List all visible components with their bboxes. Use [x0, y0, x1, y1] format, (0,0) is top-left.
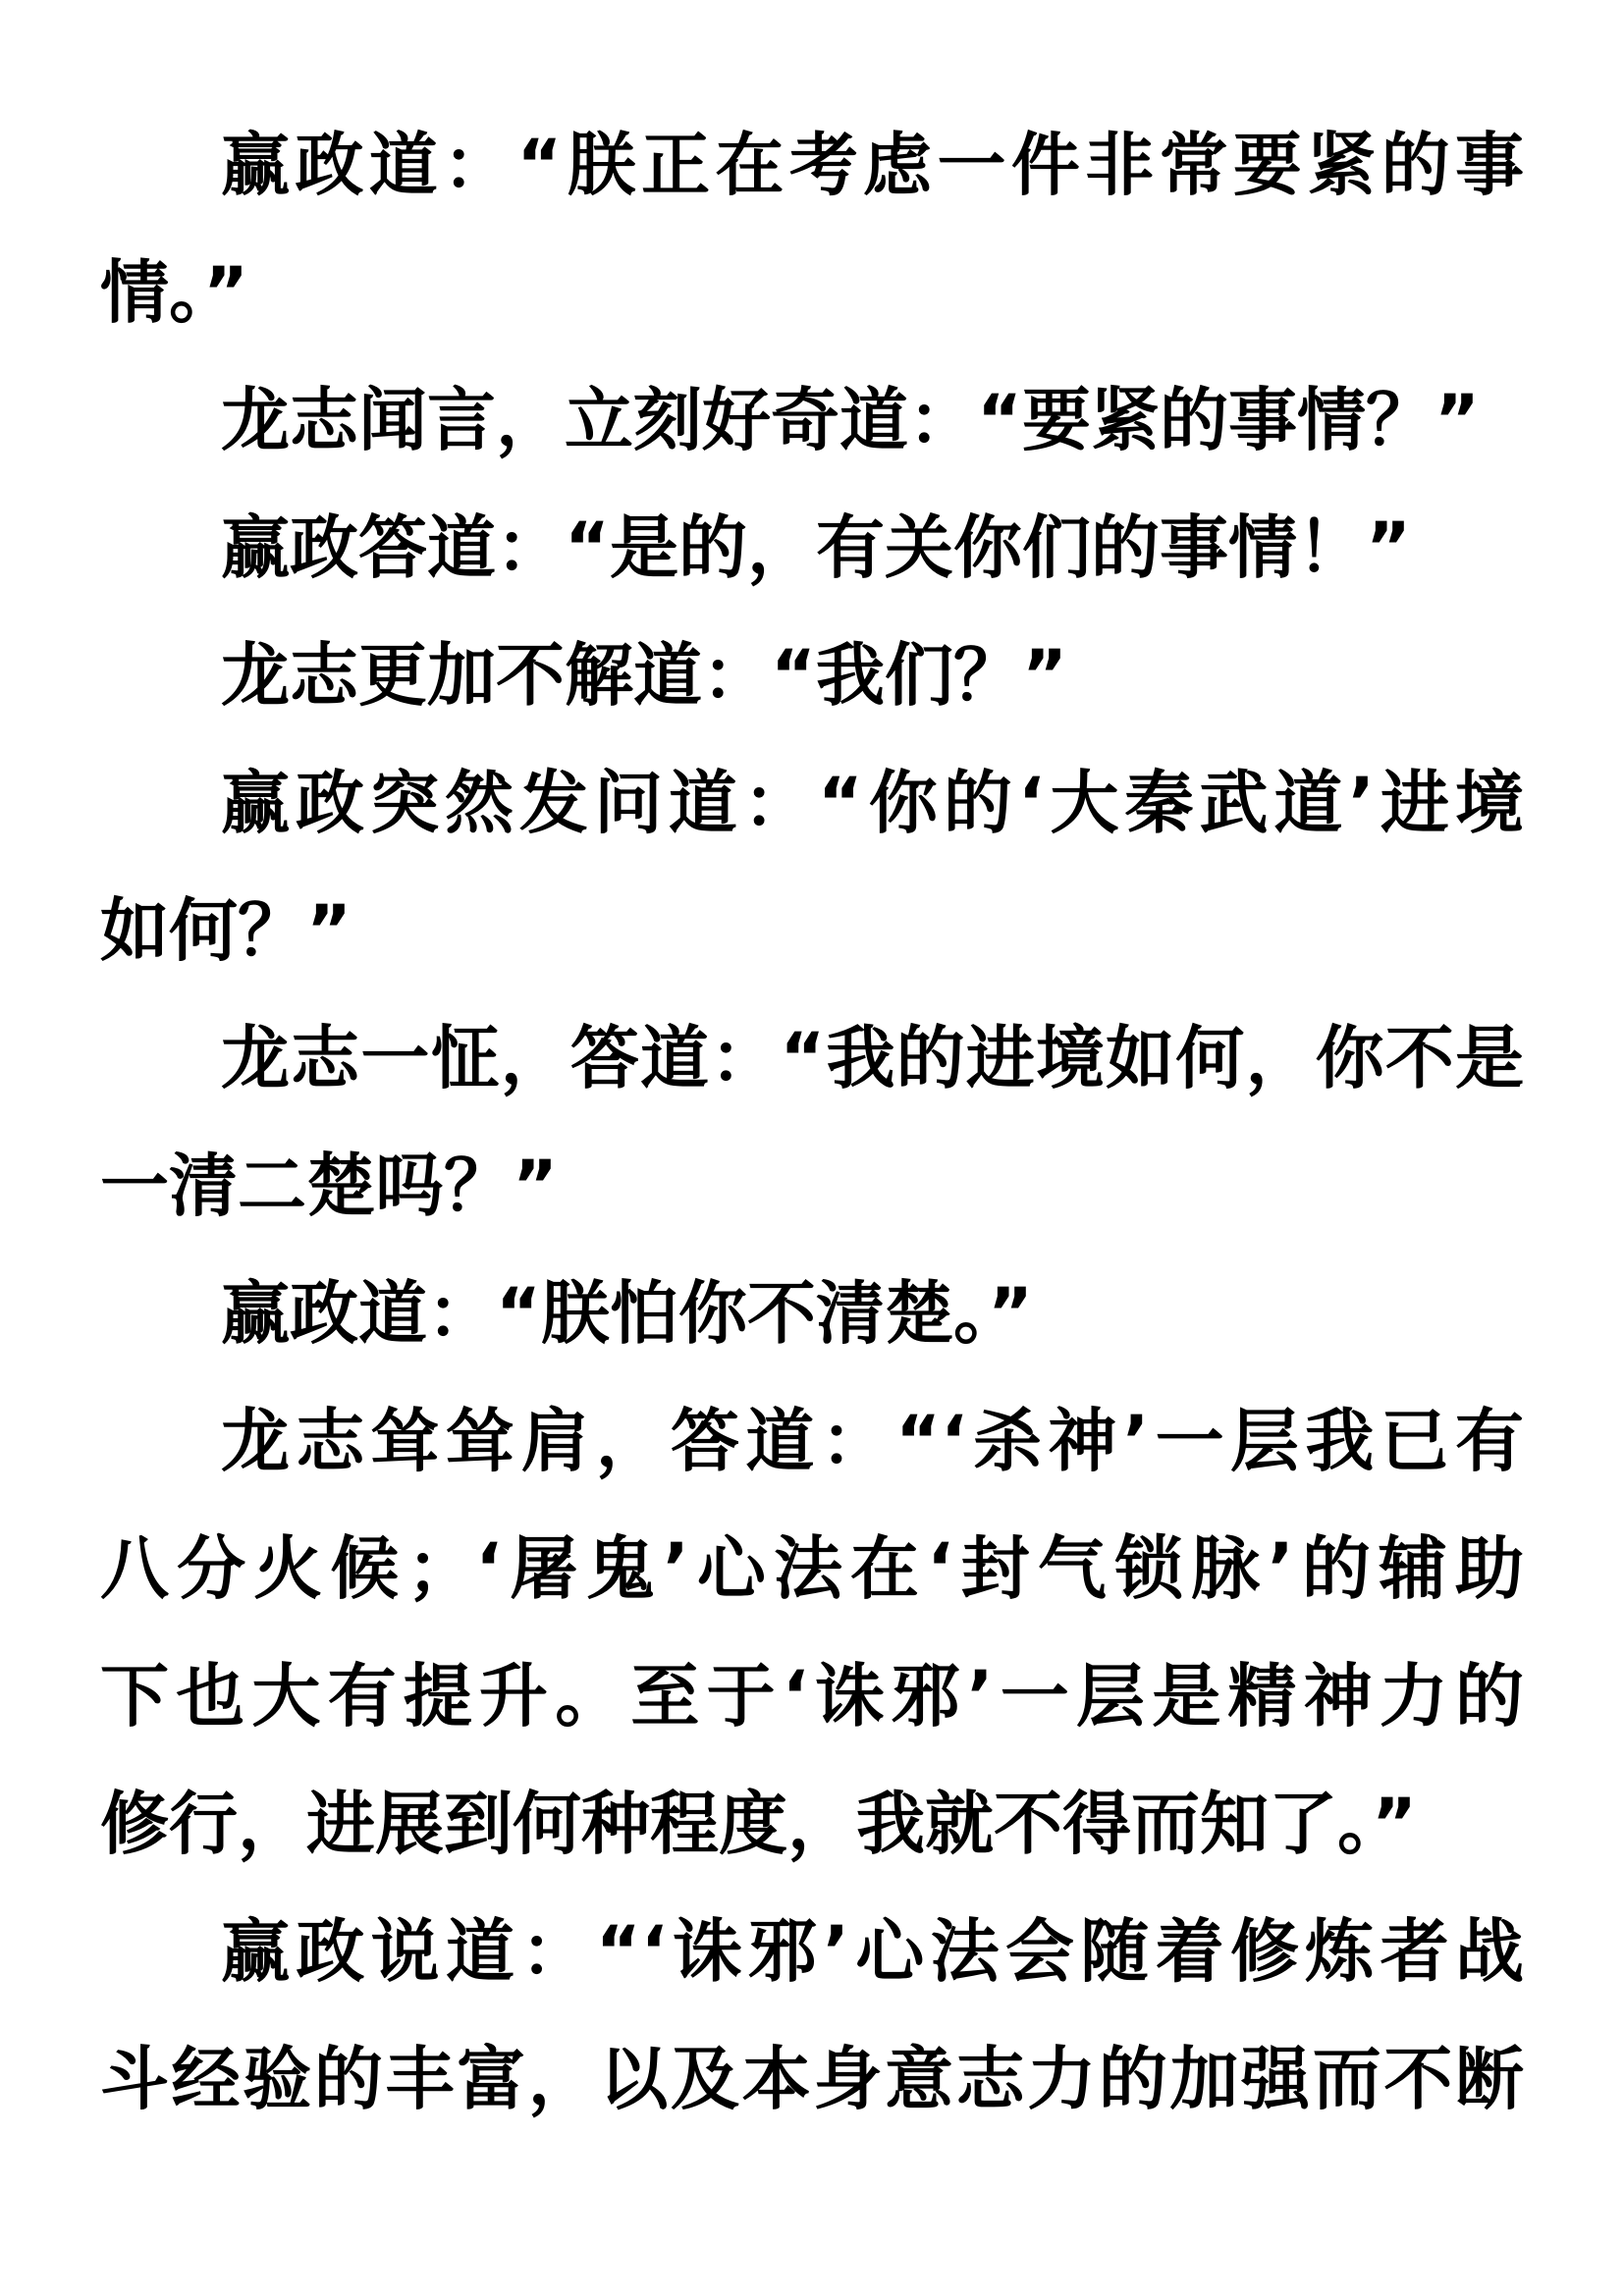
text-line: 情。” — [100, 229, 1524, 356]
text-line: 如何？” — [100, 867, 1524, 994]
text-line: 下也大有提升。至于‘诛邪’一层是精神力的 — [100, 1632, 1524, 1760]
text-line: 龙志耸耸肩，答道：“‘杀神’一层我已有 — [100, 1377, 1524, 1505]
text-line: 龙志更加不解道：“我们？” — [100, 612, 1524, 739]
text-line: 赢政突然发问道：“你的‘大秦武道’进境 — [100, 739, 1524, 867]
text-line: 赢政道：“朕怕你不清楚。” — [100, 1250, 1524, 1377]
document-page: 赢政道：“朕正在考虑一件非常要紧的事 情。” 龙志闻言，立刻好奇道：“要紧的事情… — [100, 101, 1524, 2143]
text-line: 修行，进展到何种程度，我就不得而知了。” — [100, 1760, 1524, 1888]
text-line: 龙志闻言，立刻好奇道：“要紧的事情？” — [100, 356, 1524, 484]
text-line: 赢政答道：“是的，有关你们的事情！” — [100, 484, 1524, 612]
text-line: 赢政道：“朕正在考虑一件非常要紧的事 — [100, 101, 1524, 229]
text-line: 赢政说道：“‘诛邪’心法会随着修炼者战 — [100, 1888, 1524, 2015]
text-line: 一清二楚吗？” — [100, 1122, 1524, 1250]
text-line: 龙志一怔，答道：“我的进境如何，你不是 — [100, 994, 1524, 1122]
text-line: 八分火候；‘屠鬼’心法在‘封气锁脉’的辅助 — [100, 1505, 1524, 1632]
text-line: 斗经验的丰富，以及本身意志力的加强而不断 — [100, 2015, 1524, 2143]
